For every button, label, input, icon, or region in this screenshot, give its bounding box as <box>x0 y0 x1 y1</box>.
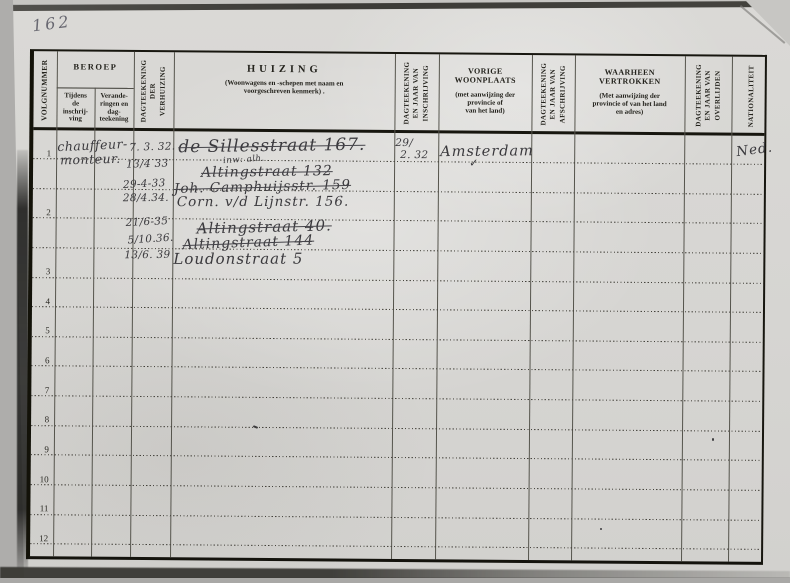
inschrijving-date-bottom: 2. 32 <box>400 149 428 161</box>
scanned-register-card-page: { "page_number": "162", "card": { "heade… <box>0 0 790 583</box>
move-address: Corn. v/d Lijnstr. 156. <box>177 194 349 210</box>
column-header-nationaliteit: NATIONALITEIT <box>744 58 758 134</box>
row-number: 5 <box>34 325 50 335</box>
column-header-beroep-sub2: Verande- ringen en dag- teekening <box>94 93 133 125</box>
row-number: 6 <box>34 355 50 365</box>
move-date: 28/4.34. <box>123 192 169 204</box>
row-dotted-line <box>31 395 762 402</box>
row-number: 9 <box>33 444 49 454</box>
row-number: 11 <box>32 503 48 513</box>
row-dotted-line <box>30 543 761 550</box>
column-header-beroep: BEROEP <box>57 62 134 72</box>
column-header-verhuizing: DAGTEEKENING DER VERHUIZING <box>140 55 167 127</box>
register-table: VOLGNUMMER BEROEP Tijdens de inschrij- v… <box>26 49 767 565</box>
row-number: 1 <box>35 148 51 158</box>
inschrijving-date-top: 29/ <box>395 137 413 149</box>
column-header-waarheen-vertrokken-sub: (Met aanwijzing der provincie of van het… <box>575 92 685 116</box>
row-dotted-line <box>30 514 761 521</box>
scan-bottom-strip <box>0 578 790 583</box>
row-number: 8 <box>33 414 49 424</box>
row-number: 2 <box>35 207 51 217</box>
column-header-vorige-woonplaats-sub: (met aanwijzing der provincie of van het… <box>439 91 532 115</box>
row-number: 7 <box>33 385 49 395</box>
column-header-volgnummer: VOLGNUMMER <box>37 52 52 128</box>
move-date: 13/6. 39 <box>124 249 170 261</box>
move-date: 13/4 33 <box>126 157 169 170</box>
move-date: 5/10.36. <box>127 232 174 247</box>
row-dotted-line <box>32 366 763 373</box>
row-dotted-line <box>31 455 762 462</box>
row-dotted-line <box>31 425 762 432</box>
row-number: 4 <box>34 296 50 306</box>
column-header-overlijden: DAGTEEKENING EN JAAR VAN OVERLIJDEN <box>695 59 722 131</box>
column-header-inschrijving: DAGTEEKENING EN JAAR VAN INSCHRIJVING <box>403 57 430 129</box>
column-header-afschrijving: DAGTEEKENING EN JAAR VAN AFSCHRIJVING <box>540 58 567 130</box>
move-date: 7. 3. 32. <box>129 140 175 153</box>
move-address: de Sillesstraat 167. <box>178 135 365 157</box>
row-dotted-line <box>32 277 763 284</box>
row-number: 10 <box>33 474 49 484</box>
column-header-waarheen-vertrokken: WAARHEEN VERTROKKEN <box>575 68 685 87</box>
checkmark: ✓ <box>469 157 478 170</box>
column-header-huizing-sub: (Woonwagens en -schepen met naam en voor… <box>174 79 395 96</box>
column-header-beroep-sub1: Tijdens de inschrij- ving <box>56 92 94 124</box>
move-date: 21/6-35 <box>125 215 168 229</box>
header-bottom-rule <box>33 127 764 135</box>
row-dotted-line <box>32 336 763 343</box>
row-number: 12 <box>32 533 48 543</box>
row-number: 3 <box>34 266 50 276</box>
move-address: Loudonstraat 5 <box>173 250 303 268</box>
row-dotted-line <box>32 306 763 313</box>
beroep-entry-line2: monteur. <box>60 151 121 168</box>
row-dotted-line <box>31 484 762 491</box>
move-date: 29-4-33 <box>123 177 166 191</box>
column-header-huizing: HUIZING <box>174 63 395 76</box>
column-header-vorige-woonplaats: VORIGE WOONPLAATS <box>439 67 532 86</box>
vorige-woonplaats-entry: Amsterdam <box>440 143 534 160</box>
